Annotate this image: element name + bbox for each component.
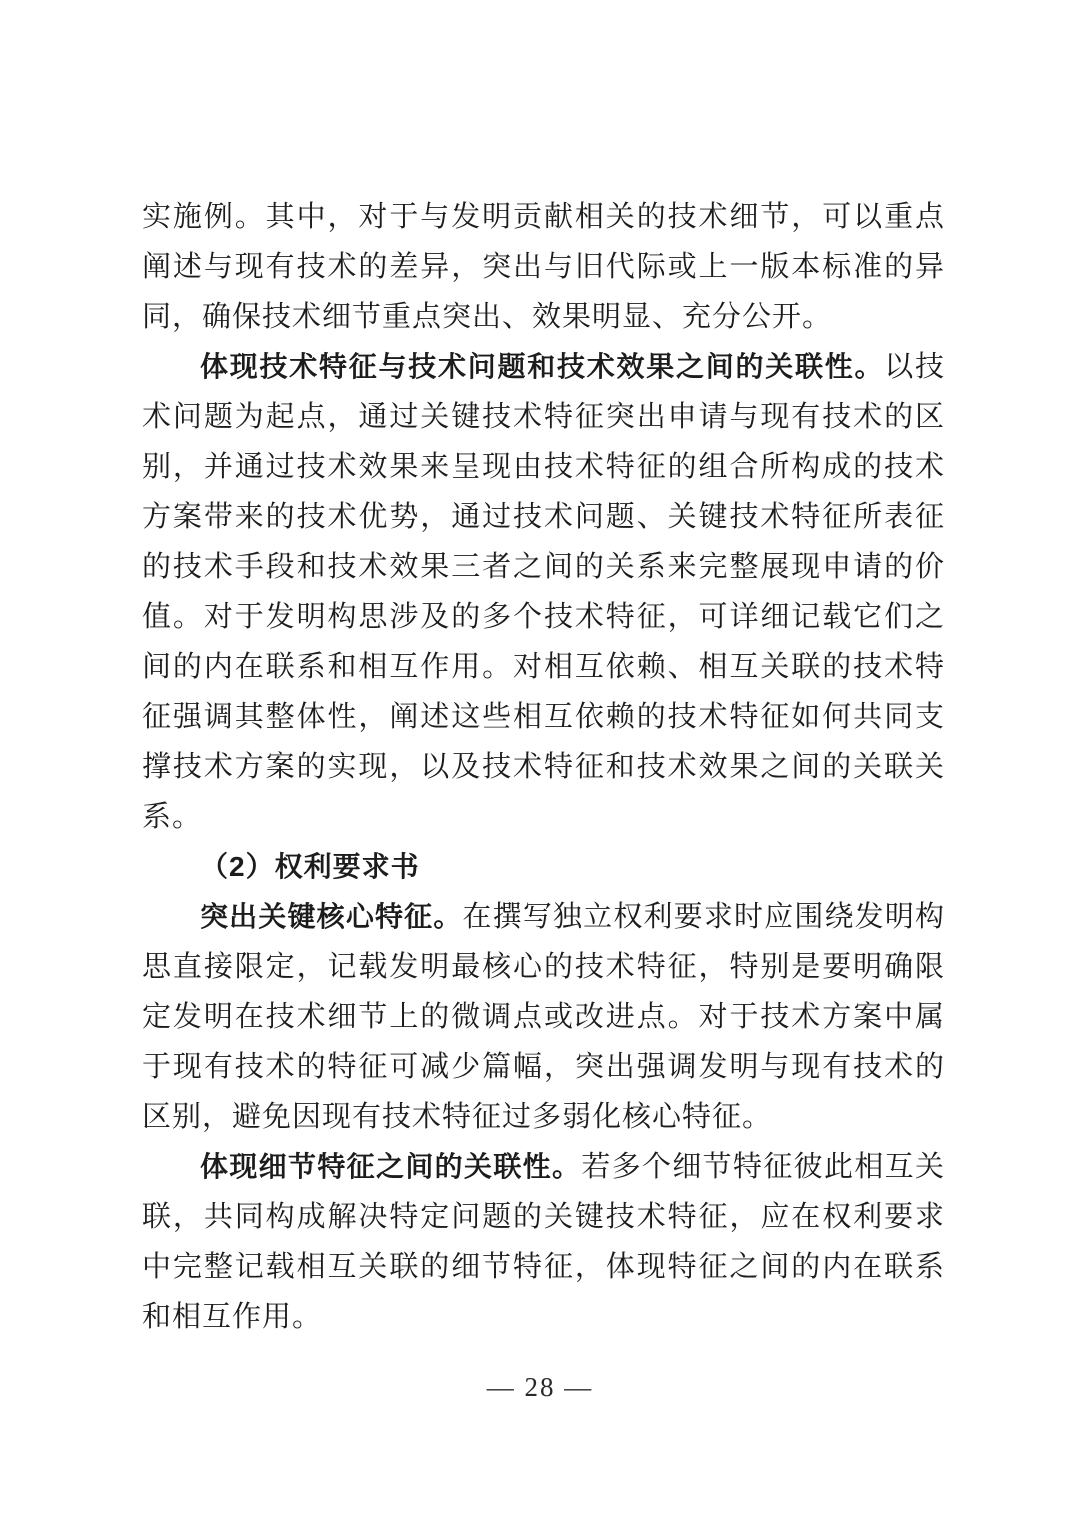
document-body: 实施例。其中，对于与发明贡献相关的技术细节，可以重点阐述与现有技术的差异，突出与… <box>142 192 945 1342</box>
paragraph-text: 在撰写独立权利要求时应围绕发明构思直接限定，记载发明最核心的技术特征，特别是要明… <box>142 901 945 1133</box>
paragraph-text: 以技术问题为起点，通过关键技术特征突出申请与现有技术的区别，并通过技术效果来呈现… <box>142 351 945 833</box>
paragraph-feature-problem-effect-relation: 体现技术特征与技术问题和技术效果之间的关联性。以技术问题为起点，通过关键技术特征… <box>142 342 945 842</box>
section-heading-label: （2）权利要求书 <box>200 851 420 882</box>
paragraph-lead-bold: 体现技术特征与技术问题和技术效果之间的关联性。 <box>200 351 884 382</box>
page-number: — 28 — <box>487 1372 594 1402</box>
section-heading-claims: （2）权利要求书 <box>142 842 945 892</box>
paragraph-lead-bold: 体现细节特征之间的关联性。 <box>200 1151 581 1182</box>
paragraph-detail-feature-relation: 体现细节特征之间的关联性。若多个细节特征彼此相互关联，共同构成解决特定问题的关键… <box>142 1142 945 1342</box>
paragraph-core-features: 突出关键核心特征。在撰写独立权利要求时应围绕发明构思直接限定，记载发明最核心的技… <box>142 892 945 1142</box>
page-footer: — 28 — <box>0 1372 1080 1403</box>
document-page: 实施例。其中，对于与发明贡献相关的技术细节，可以重点阐述与现有技术的差异，突出与… <box>0 0 1080 1527</box>
paragraph-lead-bold: 突出关键核心特征。 <box>200 901 463 932</box>
paragraph-continuation: 实施例。其中，对于与发明贡献相关的技术细节，可以重点阐述与现有技术的差异，突出与… <box>142 192 945 342</box>
paragraph-text: 实施例。其中，对于与发明贡献相关的技术细节，可以重点阐述与现有技术的差异，突出与… <box>142 201 945 333</box>
